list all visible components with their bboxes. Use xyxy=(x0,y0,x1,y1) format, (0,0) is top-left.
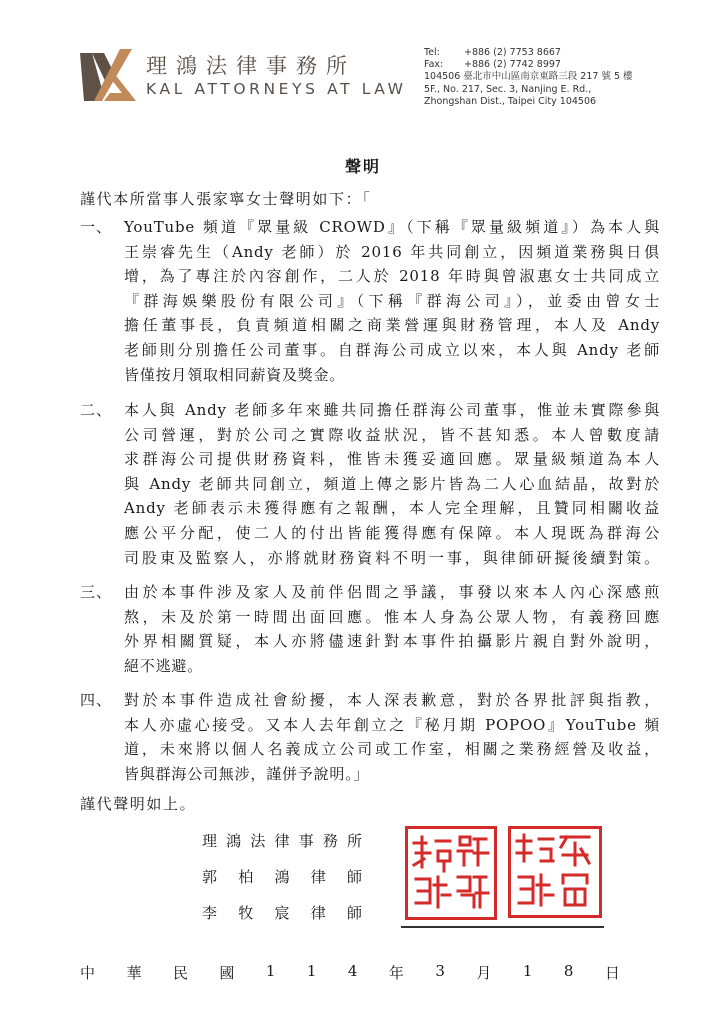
clause-number: 一、 xyxy=(80,215,112,240)
clause-1: 一、 YouTube 頻道『眾量級 CROWD』（下稱『眾量級頻道』）為本人與 … xyxy=(80,215,660,387)
date-char: 3 xyxy=(435,962,445,983)
date-char: 1 xyxy=(266,962,276,983)
address-chinese: 104506 臺北市中山區南京東路三段 217 號 5 樓 xyxy=(424,71,633,83)
clause-line: YouTube 頻道『眾量級 CROWD』（下稱『眾量級頻道』）為本人與 xyxy=(124,215,660,240)
date-char: 4 xyxy=(348,962,358,983)
clause-line: Andy 老師表示未獲得應有之報酬，本人完全理解，且贊同相關收益 xyxy=(124,496,660,521)
tel-number: +886 (2) 7753 8667 xyxy=(464,47,561,58)
clause-line: 老師則分別擔任公司董事。自群海公司成立以來，本人與 Andy 老師 xyxy=(124,338,660,363)
clause-line: 『群海娛樂股份有限公司』（下稱『群海公司』），並委由曾女士 xyxy=(124,289,660,314)
document-page: 理鴻法律事務所 KAL ATTORNEYS AT LAW Tel:+886 (2… xyxy=(0,0,726,1024)
clause-line: 熬，未及於第一時間出面回應。惟本人身為公眾人物，有義務回應 xyxy=(124,605,660,630)
clause-line: 公司營運，對於公司之實際收益狀況，皆不甚知悉。本人曾數度請 xyxy=(124,423,660,448)
clause-line: 求群海公司提供財務資料，惟皆未獲妥適回應。眾量級頻道為本人 xyxy=(124,447,660,472)
clause-line: 道，未來將以個人名義成立公司或工作室，相關之業務經營及收益， xyxy=(124,737,660,762)
firm-name-english: KAL ATTORNEYS AT LAW xyxy=(146,80,407,98)
date-char: 1 xyxy=(523,962,533,983)
clause-4: 四、 對於本事件造成社會紛擾，本人深表歉意，對於各界批評與指教， 本人亦虛心接受… xyxy=(80,688,660,786)
clause-line: 增，為了專注於內容創作，二人於 2018 年時與曾淑惠女士共同成立 xyxy=(124,264,660,289)
clause-line: 外界相關質疑，本人亦將儘速針對本事件拍攝影片親自對外說明， xyxy=(124,629,660,654)
fax-row: Fax:+886 (2) 7742 8997 xyxy=(424,59,633,71)
seal-stamp-li-icon xyxy=(508,826,602,918)
firm-logo-icon xyxy=(80,49,136,101)
clause-line: 皆僅按月領取相同薪資及獎金。 xyxy=(124,363,660,388)
tel-row: Tel:+886 (2) 7753 8667 xyxy=(424,47,633,59)
fax-label: Fax: xyxy=(424,59,464,71)
date-char: 華 xyxy=(126,962,141,983)
document-title: 聲明 xyxy=(0,154,726,177)
address-english-line2: Zhongshan Dist., Taipei City 104506 xyxy=(424,96,633,108)
signatory-lawyer-2: 李牧宸律師 xyxy=(202,902,362,923)
clause-line: 應公平分配，使二人的付出皆能獲得應有保障。本人現既為群海公 xyxy=(124,521,660,546)
clause-line: 本人與 Andy 老師多年來雖共同擔任群海公司董事，惟並未實際參與 xyxy=(124,398,660,423)
date-char: 中 xyxy=(80,962,95,983)
address-english-line1: 5F., No. 217, Sec. 3, Nanjing E. Rd., xyxy=(424,84,633,96)
seal-stamp-guo-icon xyxy=(405,826,497,920)
date-char: 日 xyxy=(605,962,620,983)
tel-label: Tel: xyxy=(424,47,464,59)
clause-3: 三、 由於本事件涉及家人及前伴侶間之爭議，事發以來本人內心深感煎 熬，未及於第一… xyxy=(80,580,660,678)
clause-line: 本人亦虛心接受。又本人去年創立之『秘月期 POPOO』YouTube 頻 xyxy=(124,713,660,738)
date-char: 年 xyxy=(389,962,404,983)
date-char: 民 xyxy=(173,962,188,983)
signatory-firm: 理鴻法律事務所 xyxy=(202,830,362,851)
date-char: 8 xyxy=(564,962,574,983)
clause-number: 二、 xyxy=(80,398,112,423)
date-char: 月 xyxy=(476,962,491,983)
clause-line: 絕不逃避。 xyxy=(124,654,660,679)
signature-underline xyxy=(401,926,604,928)
clause-2: 二、 本人與 Andy 老師多年來雖共同擔任群海公司董事，惟並未實際參與 公司營… xyxy=(80,398,660,570)
clause-line: 王崇睿先生（Andy 老師）於 2016 年共同創立，因頻道業務與日俱 xyxy=(124,240,660,265)
clause-line: 由於本事件涉及家人及前伴侶間之爭議，事發以來本人內心深感煎 xyxy=(124,580,660,605)
clause-line: 皆與群海公司無涉，謹併予說明。」 xyxy=(124,762,660,787)
contact-block: Tel:+886 (2) 7753 8667 Fax:+886 (2) 7742… xyxy=(424,47,633,108)
signatory-lawyer-1: 郭柏鴻律師 xyxy=(202,866,362,887)
fax-number: +886 (2) 7742 8997 xyxy=(464,59,561,70)
closing-statement: 謹代聲明如上。 xyxy=(80,793,196,814)
clause-line: 對於本事件造成社會紛擾，本人深表歉意，對於各界批評與指教， xyxy=(124,688,660,713)
clause-number: 三、 xyxy=(80,580,112,605)
clause-line: 擔任董事長，負責頻道相關之商業營運與財務管理，本人及 Andy xyxy=(124,313,660,338)
document-date: 中 華 民 國 1 1 4 年 3 月 1 8 日 xyxy=(80,962,620,983)
date-char: 1 xyxy=(307,962,317,983)
clause-number: 四、 xyxy=(80,688,112,713)
intro-paragraph: 謹代本所當事人張家寧女士聲明如下：「 xyxy=(80,188,371,209)
firm-name-chinese: 理鴻法律事務所 xyxy=(146,50,356,80)
date-char: 國 xyxy=(219,962,234,983)
clause-line: 司股東及監察人，亦將就財務資料不明一事，與律師研擬後續對策。 xyxy=(124,546,660,571)
clause-line: 與 Andy 老師共同創立，頻道上傳之影片皆為二人心血結晶，故對於 xyxy=(124,472,660,497)
